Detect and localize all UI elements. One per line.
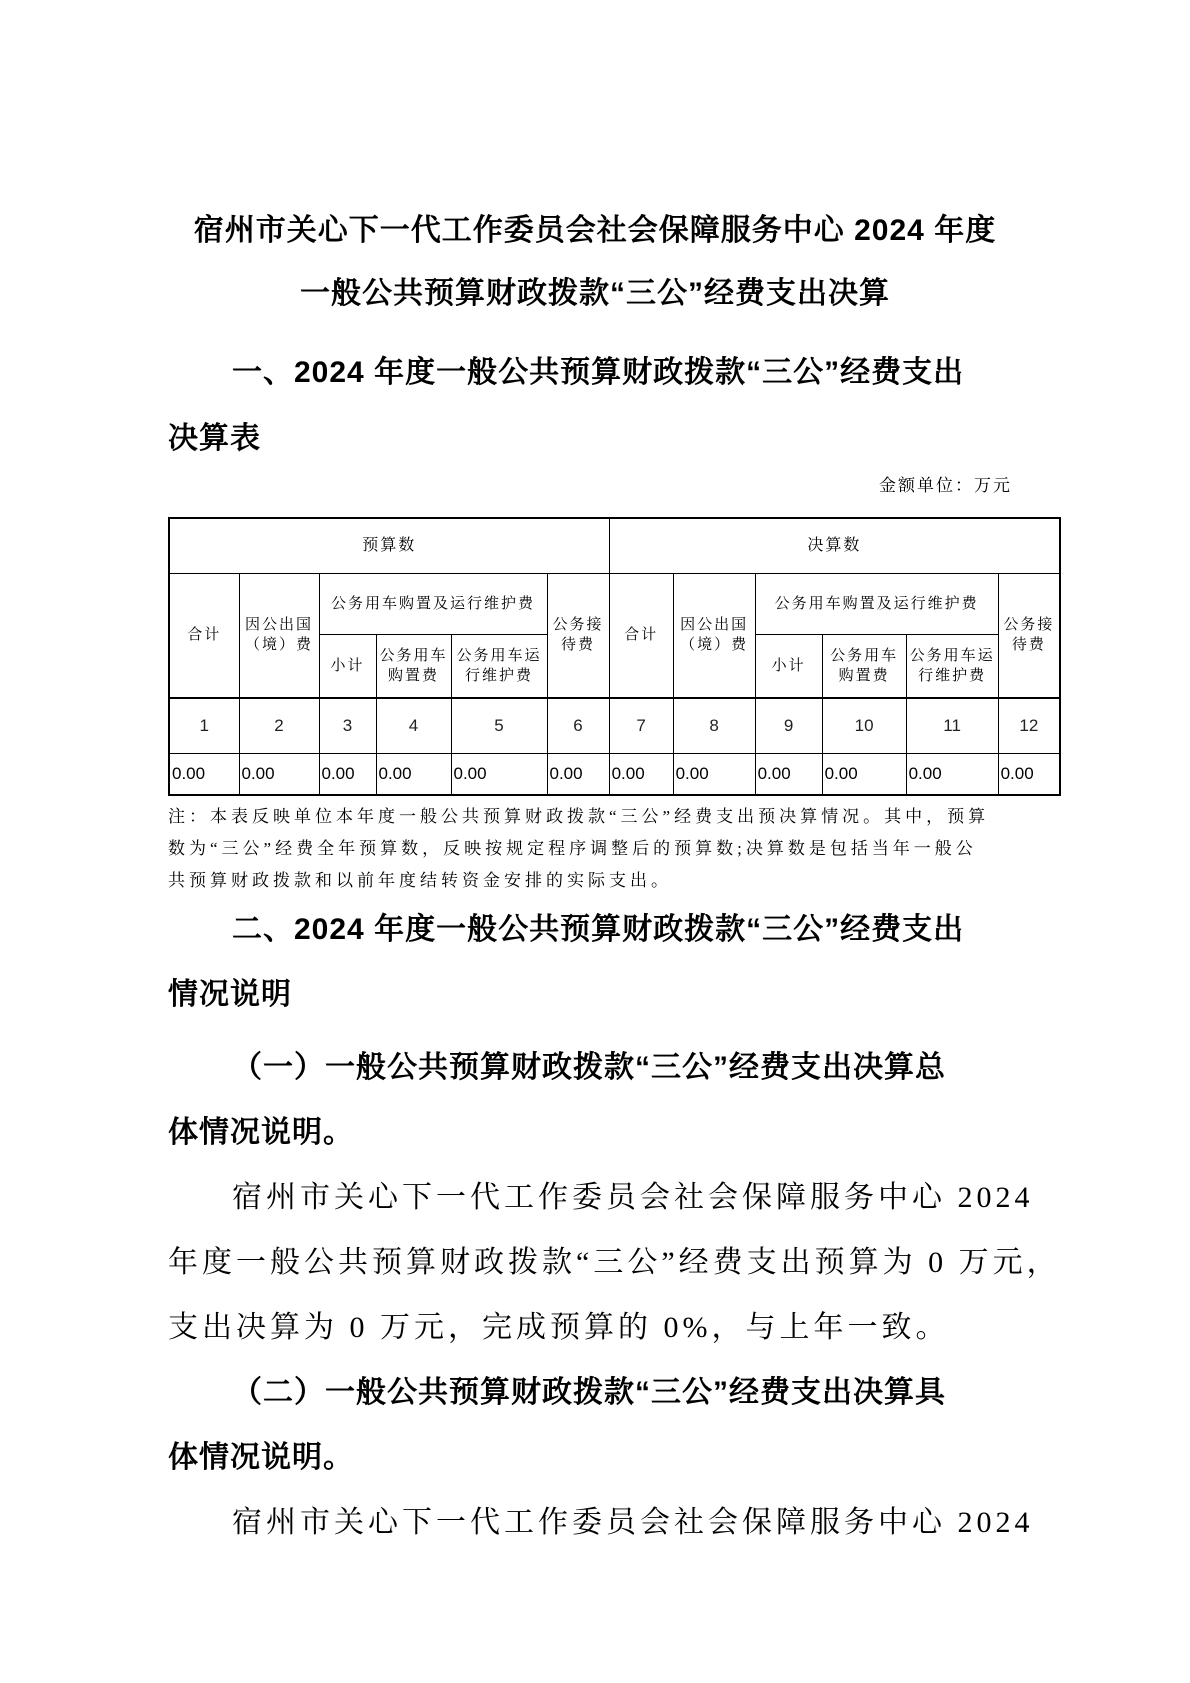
col-number: 2 [239, 698, 319, 753]
paragraph2-line1: 宿州市关心下一代工作委员会社会保障服务中心 2024 [168, 1490, 1022, 1555]
section1-heading-line1: 一、2024 年度一般公共预算财政拨款“三公”经费支出 [168, 340, 1022, 406]
col-number: 12 [998, 698, 1060, 753]
sangong-expense-table: 预算数 决算数 合计 因公出国（境）费 公务用车购置及运行维护费 公务接待费 合… [168, 517, 1061, 796]
section1-heading-line2: 决算表 [168, 406, 1022, 471]
header-final-purchase: 公务用车购置费 [822, 634, 906, 698]
amount-unit-label: 金额单位：万元 [168, 471, 1022, 501]
header-final-subtotal: 小计 [755, 634, 822, 698]
group-header-budget: 预算数 [169, 518, 609, 573]
subsection2-heading-line2: 体情况说明。 [168, 1425, 1022, 1490]
header-final-reception: 公务接待费 [998, 573, 1060, 698]
table-value-row: 0.00 0.00 0.00 0.00 0.00 0.00 0.00 0.00 … [169, 753, 1060, 795]
paragraph1-line1: 宿州市关心下一代工作委员会社会保障服务中心 2024 [168, 1165, 1022, 1230]
paragraph1-line2: 年度一般公共预算财政拨款“三公”经费支出预算为 0 万元， [168, 1230, 1022, 1295]
section2-heading-line2: 情况说明 [168, 962, 1022, 1027]
col-number: 7 [609, 698, 673, 753]
col-number: 4 [376, 698, 451, 753]
subsection1-heading-line2: 体情况说明。 [168, 1100, 1022, 1165]
header-budget-abroad: 因公出国（境）费 [239, 573, 319, 698]
value-cell: 0.00 [755, 753, 822, 795]
value-cell: 0.00 [319, 753, 376, 795]
table-group-header-row: 预算数 决算数 [169, 518, 1060, 573]
table-column-number-row: 1 2 3 4 5 6 7 8 9 10 11 12 [169, 698, 1060, 753]
value-cell: 0.00 [906, 753, 998, 795]
value-cell: 0.00 [547, 753, 609, 795]
col-number: 6 [547, 698, 609, 753]
value-cell: 0.00 [239, 753, 319, 795]
header-budget-vehicle-group: 公务用车购置及运行维护费 [319, 573, 547, 634]
subsection1-heading-line1: （一）一般公共预算财政拨款“三公”经费支出决算总 [168, 1035, 1022, 1100]
col-number: 9 [755, 698, 822, 753]
col-number: 5 [451, 698, 547, 753]
group-header-final: 决算数 [609, 518, 1060, 573]
header-budget-total: 合计 [169, 573, 239, 698]
header-budget-purchase: 公务用车购置费 [376, 634, 451, 698]
header-final-total: 合计 [609, 573, 673, 698]
subsection2-heading-line1: （二）一般公共预算财政拨款“三公”经费支出决算具 [168, 1360, 1022, 1425]
header-budget-reception: 公务接待费 [547, 573, 609, 698]
header-final-abroad: 因公出国（境）费 [673, 573, 755, 698]
value-cell: 0.00 [451, 753, 547, 795]
value-cell: 0.00 [822, 753, 906, 795]
table-header-row-1: 合计 因公出国（境）费 公务用车购置及运行维护费 公务接待费 合计 因公出国（境… [169, 573, 1060, 634]
col-number: 11 [906, 698, 998, 753]
value-cell: 0.00 [169, 753, 239, 795]
value-cell: 0.00 [376, 753, 451, 795]
document-title-line2: 一般公共预算财政拨款“三公”经费支出决算 [168, 262, 1022, 325]
value-cell: 0.00 [673, 753, 755, 795]
document-title-line1: 宿州市关心下一代工作委员会社会保障服务中心 2024 年度 [168, 199, 1022, 262]
document-body: 宿州市关心下一代工作委员会社会保障服务中心 2024 年度 一般公共预算财政拨款… [168, 0, 1022, 1555]
paragraph1-line3: 支出决算为 0 万元，完成预算的 0%，与上年一致。 [168, 1295, 1022, 1360]
header-final-vehicle-group: 公务用车购置及运行维护费 [755, 573, 998, 634]
header-final-maintenance: 公务用车运行维护费 [906, 634, 998, 698]
document-page: 宿州市关心下一代工作委员会社会保障服务中心 2024 年度 一般公共预算财政拨款… [0, 0, 1190, 1683]
footnote-line2: 数为“三公”经费全年预算数，反映按规定程序调整后的预算数;决算数是包括当年一般公 [168, 833, 1022, 865]
document-title: 宿州市关心下一代工作委员会社会保障服务中心 2024 年度 一般公共预算财政拨款… [168, 199, 1022, 325]
col-number: 3 [319, 698, 376, 753]
col-number: 1 [169, 698, 239, 753]
header-budget-subtotal: 小计 [319, 634, 376, 698]
value-cell: 0.00 [998, 753, 1060, 795]
header-budget-maintenance: 公务用车运行维护费 [451, 634, 547, 698]
table-footnote: 注：本表反映单位本年度一般公共预算财政拨款“三公”经费支出预决算情况。其中，预算… [168, 801, 1022, 897]
footnote-line1: 注：本表反映单位本年度一般公共预算财政拨款“三公”经费支出预决算情况。其中，预算 [168, 801, 1022, 833]
value-cell: 0.00 [609, 753, 673, 795]
footnote-line3: 共预算财政拨款和以前年度结转资金安排的实际支出。 [168, 865, 1022, 897]
section2-heading-line1: 二、2024 年度一般公共预算财政拨款“三公”经费支出 [168, 897, 1022, 962]
col-number: 8 [673, 698, 755, 753]
col-number: 10 [822, 698, 906, 753]
